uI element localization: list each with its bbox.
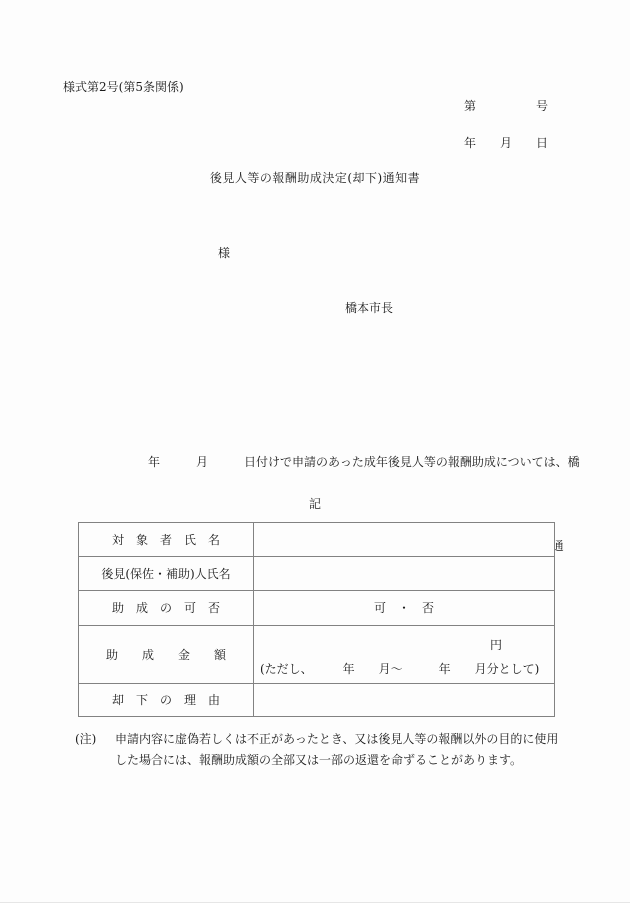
table-row-guardian-name: 後見(保佐・補助)人氏名: [79, 557, 555, 591]
date-line: 年 月 日: [464, 136, 548, 150]
amount-field: 円 (ただし、 年 月～ 年 月分として): [254, 626, 555, 684]
record-marker: 記: [0, 497, 630, 511]
footnote-line-1: 申請内容に虚偽若しくは不正があったとき、又は後見人等の報酬以外の目的に使用: [115, 729, 558, 750]
footnote-text: 申請内容に虚偽若しくは不正があったとき、又は後見人等の報酬以外の目的に使用 した…: [115, 729, 558, 771]
subject-name-field: [254, 523, 555, 557]
table-row-subject-name: 対 象 者 氏 名: [79, 523, 555, 557]
sender-mayor-name: 橋本市長: [345, 301, 393, 315]
table-row-amount: 助 成 金 額 円 (ただし、 年 月～ 年 月分として): [79, 626, 555, 684]
form-number: 様式第2号(第5条関係): [63, 80, 184, 94]
body-line-1: 年 月 日付けで申請のあった成年後見人等の報酬助成については、橋: [88, 448, 568, 476]
amount-yen-unit: 円: [254, 633, 554, 653]
approval-choice: 可 ・ 否: [254, 591, 555, 626]
guardian-name-field: [254, 557, 555, 591]
rejection-reason-label: 却 下 の 理 由: [79, 684, 254, 717]
document-number-line: 第 号: [464, 99, 548, 113]
document-title: 後見人等の報酬助成決定(却下)通知書: [0, 171, 630, 185]
addressee-honorific: 様: [218, 246, 230, 260]
footnote-line-2: した場合には、報酬助成額の全部又は一部の返還を命ずることがあります。: [115, 750, 558, 771]
subject-name-label: 対 象 者 氏 名: [79, 523, 254, 557]
rejection-reason-field: [254, 684, 555, 717]
footnote: (注) 申請内容に虚偽若しくは不正があったとき、又は後見人等の報酬以外の目的に使…: [75, 729, 565, 771]
table-row-rejection-reason: 却 下 の 理 由: [79, 684, 555, 717]
approval-label: 助 成 の 可 否: [79, 591, 254, 626]
document-page: 様式第2号(第5条関係) 第 号 年 月 日 後見人等の報酬助成決定(却下)通知…: [0, 0, 630, 903]
amount-period-note: (ただし、 年 月～ 年 月分として): [254, 653, 554, 677]
table-row-approval: 助 成 の 可 否 可 ・ 否: [79, 591, 555, 626]
guardian-name-label: 後見(保佐・補助)人氏名: [79, 557, 254, 591]
decision-table: 対 象 者 氏 名 後見(保佐・補助)人氏名 助 成 の 可 否 可 ・ 否 助…: [78, 522, 555, 717]
footnote-marker: (注): [75, 729, 115, 771]
amount-label: 助 成 金 額: [79, 626, 254, 684]
